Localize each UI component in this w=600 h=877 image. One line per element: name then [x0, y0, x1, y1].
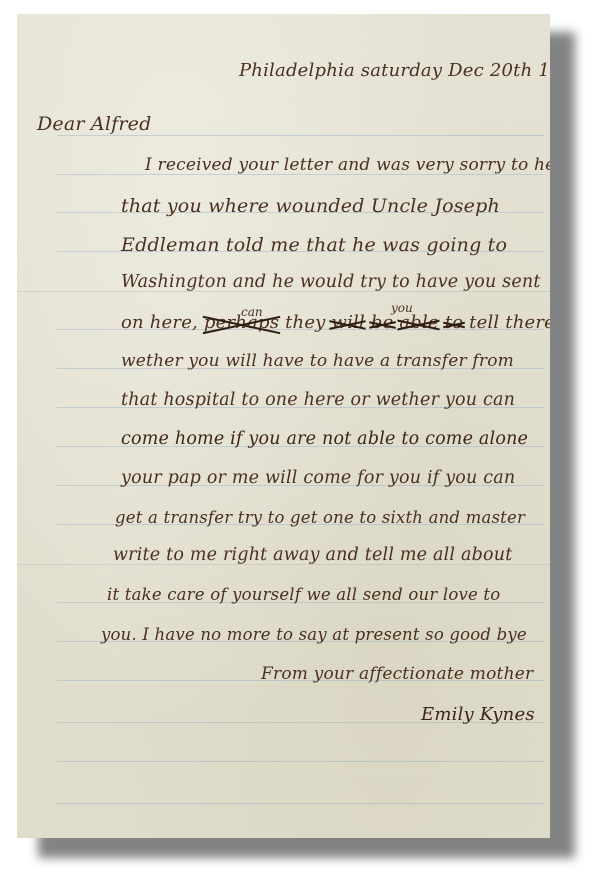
letter-line-12: it take care of yourself we all send our… [107, 585, 500, 604]
struck-word: be [371, 312, 394, 333]
letter-salutation: Dear Alfred [37, 113, 151, 135]
letter-line-3: Eddleman told me that he was going to [121, 234, 507, 256]
ruled-line [57, 761, 544, 762]
letter-line-7: that hospital to one here or wether you … [121, 390, 515, 410]
letter-closing: From your affectionate mother [261, 664, 533, 684]
letter-line-11: write to me right away and tell me all a… [113, 545, 512, 565]
inserted-word-you: you [391, 301, 413, 315]
ruled-line [57, 803, 544, 804]
struck-word: able [399, 312, 438, 333]
letter-line-5: on here, perhaps they will be able to te… [121, 312, 550, 333]
letter-line-8: come home if you are not able to come al… [121, 429, 528, 449]
letter-line-1: I received your letter and was very sorr… [145, 155, 550, 175]
letter-line-4: Washington and he would try to have you … [121, 272, 541, 292]
ruled-line [57, 135, 544, 136]
inserted-word-can: can [241, 305, 263, 319]
letter-date-heading: Philadelphia saturday Dec 20th 1862 [239, 60, 550, 81]
line-5-text: tell there [463, 312, 550, 333]
letter-line-13: you. I have no more to say at present so… [101, 625, 527, 644]
letter-line-10: get a transfer try to get one to sixth a… [115, 508, 525, 527]
letter-signature: Emily Kynes [421, 704, 535, 725]
letter-line-2: that you where wounded Uncle Joseph [121, 195, 500, 217]
struck-word: will [331, 312, 364, 333]
line-5-text: on here, [121, 312, 204, 333]
letter-line-9: your pap or me will come for you if you … [121, 468, 515, 488]
letter-page: Philadelphia saturday Dec 20th 1862 Dear… [17, 14, 550, 838]
line-5-text: they [279, 312, 331, 333]
struck-word: to [445, 312, 463, 333]
letter-line-6: wether you will have to have a transfer … [121, 351, 514, 371]
